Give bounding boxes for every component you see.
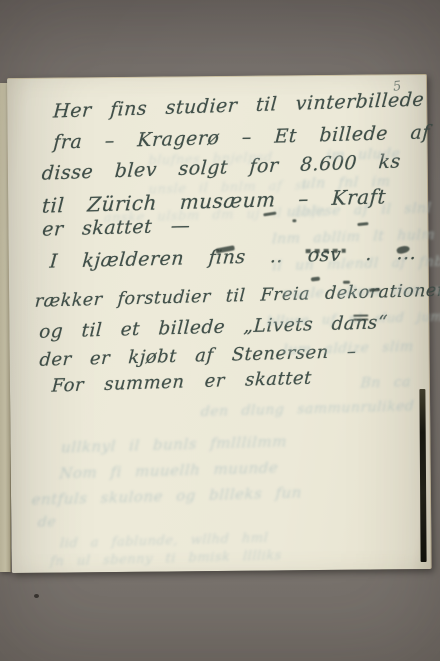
photo-scene: 5 Her fins studier til vinterbillede fra… [0, 0, 440, 661]
ink-showthrough-mark [292, 219, 296, 222]
bleedthrough-line: blluse uf nl slud jummslem [266, 308, 440, 329]
bleedthrough-line: entfuls skulone og bllleks fun [31, 483, 302, 508]
ink-showthrough-mark [306, 249, 346, 253]
bleedthrough-line: de [37, 514, 56, 531]
bleedthrough-line: fn ul sbenny ti bmisk lllliks [50, 548, 283, 569]
bleedthrough-line: im ulude [326, 146, 401, 164]
bleedthrough-line: ullknyl il bunls fmlllilmm [61, 432, 288, 456]
handwritten-line-1: Her fins studier til vinterbillede [52, 89, 425, 123]
book-cover-dark-edge [419, 389, 426, 562]
handwritten-line-10: For summen er skattet [51, 368, 312, 397]
bleedthrough-line: lid a fablunde, wllhd hml [60, 531, 269, 552]
manuscript-page: 5 Her fins studier til vinterbillede fra… [7, 74, 432, 573]
ink-showthrough-mark [311, 277, 320, 282]
bleedthrough-line: lum aldize slim [283, 339, 414, 359]
bleedthrough-line: Bn ca [360, 374, 411, 391]
ink-showthrough-mark [357, 222, 368, 226]
ink-showthrough-mark [353, 315, 368, 317]
bleedthrough-line: den dlung sammunruliked [200, 398, 414, 420]
bleedthrough-line: Nom fi muuellh muunde [59, 459, 279, 483]
ink-showthrough-mark [343, 281, 350, 284]
dust-speck [34, 594, 39, 598]
bleedthrough-line: uln fnl im [301, 174, 391, 192]
